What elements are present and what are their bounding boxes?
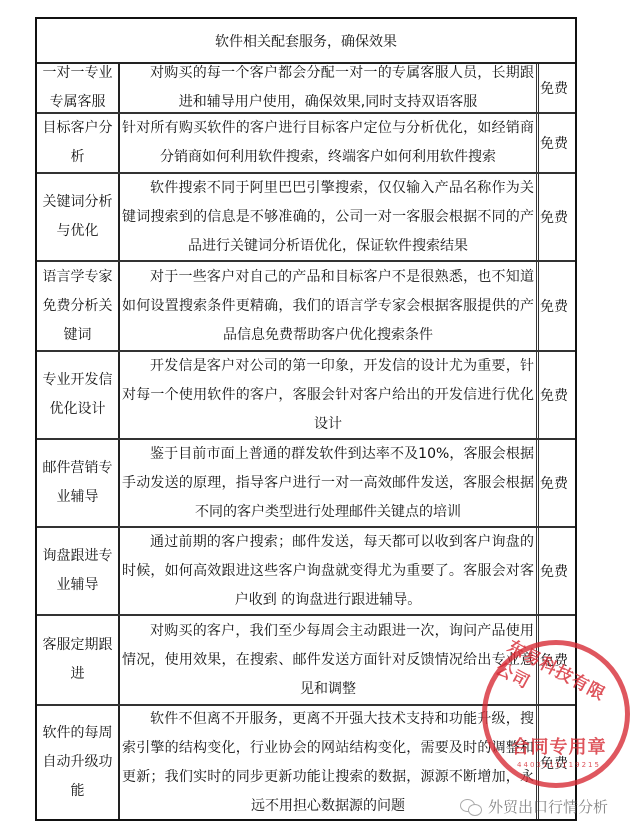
table-title: 软件相关配套服务，确保效果 [37, 19, 575, 64]
service-name: 语言学专家免费分析关键词 [37, 262, 120, 350]
service-description: 对购买的每一个客户都会分配一对一的专属客服人员，长期跟进和辅导用户使用，确保效果… [120, 64, 539, 112]
service-name: 客服定期跟进 [37, 616, 120, 704]
service-description: 针对所有购买软件的客户进行目标客户定位与分析优化，如经销商分销商如何利用软件搜索… [120, 114, 539, 172]
service-name: 专业开发信优化设计 [37, 352, 120, 438]
service-description: 鉴于目前市面上普通的群发软件到达率不及10%，客服会根据手动发送的原理，指导客户… [120, 440, 539, 526]
services-table: 软件相关配套服务，确保效果 一对一专业专属客服 对购买的每一个客户都会分配一对一… [35, 17, 577, 821]
service-description: 开发信是客户对公司的第一印象，开发信的设计尤为重要，针对每一个使用软件的客户，客… [120, 352, 539, 438]
service-name: 一对一专业专属客服 [37, 64, 120, 112]
table-row: 一对一专业专属客服 对购买的每一个客户都会分配一对一的专属客服人员，长期跟进和辅… [37, 64, 575, 114]
service-price: 免费 [539, 528, 575, 614]
service-description: 软件搜索不同于阿里巴巴引擎搜索，仅仅输入产品名称作为关键词搜索到的信息是不够准确… [120, 174, 539, 260]
watermark: 外贸出口行情分析 [460, 796, 608, 817]
service-name: 关键词分析与优化 [37, 174, 120, 260]
service-price: 免费 [539, 174, 575, 260]
service-price: 免费 [539, 114, 575, 172]
table-row: 关键词分析与优化 软件搜索不同于阿里巴巴引擎搜索，仅仅输入产品名称作为关键词搜索… [37, 174, 575, 262]
table-row: 专业开发信优化设计 开发信是客户对公司的第一印象，开发信的设计尤为重要，针对每一… [37, 352, 575, 440]
wechat-icon [460, 799, 482, 815]
service-price: 免费 [539, 262, 575, 350]
service-name: 询盘跟进专业辅导 [37, 528, 120, 614]
table-row: 客服定期跟进 对购买的客户，我们至少每周会主动跟进一次，询问产品使用情况，使用效… [37, 616, 575, 706]
service-description: 对于一些客户对自己的产品和目标客户不是很熟悉，也不知道如何设置搜索条件更精确，我… [120, 262, 539, 350]
service-price: 免费 [539, 616, 575, 704]
table-row: 目标客户分析 针对所有购买软件的客户进行目标客户定位与分析优化，如经销商分销商如… [37, 114, 575, 174]
service-name: 软件的每周自动升级功能 [37, 706, 120, 819]
service-price: 免费 [539, 64, 575, 112]
watermark-text: 外贸出口行情分析 [488, 796, 608, 817]
service-price: 免费 [539, 352, 575, 438]
service-name: 目标客户分析 [37, 114, 120, 172]
service-description: 对购买的客户，我们至少每周会主动跟进一次，询问产品使用情况，使用效果，在搜索、邮… [120, 616, 539, 704]
table-row: 邮件营销专业辅导 鉴于目前市面上普通的群发软件到达率不及10%，客服会根据手动发… [37, 440, 575, 528]
table-row: 语言学专家免费分析关键词 对于一些客户对自己的产品和目标客户不是很熟悉，也不知道… [37, 262, 575, 352]
table-row: 询盘跟进专业辅导 通过前期的客户搜索；邮件发送，每天都可以收到客户询盘的时候，如… [37, 528, 575, 616]
service-price: 免费 [539, 440, 575, 526]
service-name: 邮件营销专业辅导 [37, 440, 120, 526]
service-description: 通过前期的客户搜索；邮件发送，每天都可以收到客户询盘的时候，如何高效跟进这些客户… [120, 528, 539, 614]
